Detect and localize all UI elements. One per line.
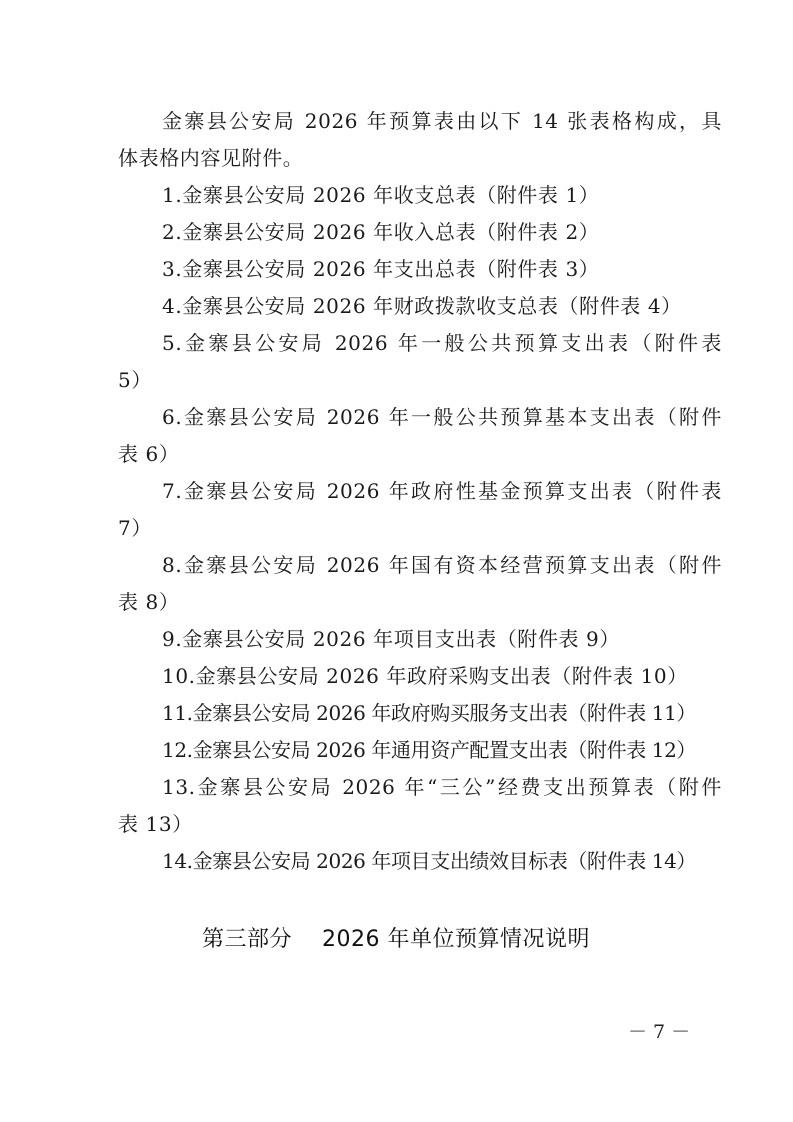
intro-line-1: 金寨县公安局 2026 年预算表由以下 14 张表格构成，具 — [118, 103, 722, 140]
document-page: 金寨县公安局 2026 年预算表由以下 14 张表格构成，具 体表格内容见附件。… — [0, 0, 793, 1122]
list-item-2: 2.金寨县公安局 2026 年收入总表（附件表 2） — [118, 214, 678, 251]
list-item-1: 1.金寨县公安局 2026 年收支总表（附件表 1） — [118, 177, 678, 214]
section-heading: 第三部分 2026 年单位预算情况说明 — [202, 922, 590, 953]
page-number: － 7 － — [628, 1017, 690, 1044]
list-item-8: 8.金寨县公安局 2026 年国有资本经营预算支出表（附件 — [118, 547, 722, 584]
list-item-12: 12.金寨县公安局 2026 年通用资产配置支出表（附件表 12） — [118, 732, 678, 769]
list-item-13: 13.金寨县公安局 2026 年“三公”经费支出预算表（附件 — [118, 769, 722, 806]
list-item-4: 4.金寨县公安局 2026 年财政拨款收支总表（附件表 4） — [118, 288, 678, 325]
body-text: 金寨县公安局 2026 年预算表由以下 14 张表格构成，具 体表格内容见附件。… — [118, 103, 678, 880]
list-item-7-continued: 7） — [118, 510, 678, 547]
list-item-5-continued: 5） — [118, 362, 678, 399]
list-item-11: 11.金寨县公安局 2026 年政府购买服务支出表（附件表 11） — [118, 695, 678, 732]
list-item-10: 10.金寨县公安局 2026 年政府采购支出表（附件表 10） — [118, 658, 678, 695]
list-item-7: 7.金寨县公安局 2026 年政府性基金预算支出表（附件表 — [118, 473, 722, 510]
intro-line-2: 体表格内容见附件。 — [118, 140, 678, 177]
list-item-6: 6.金寨县公安局 2026 年一般公共预算基本支出表（附件 — [118, 399, 722, 436]
list-item-8-continued: 表 8） — [118, 584, 678, 621]
list-item-3: 3.金寨县公安局 2026 年支出总表（附件表 3） — [118, 251, 678, 288]
list-item-14: 14.金寨县公安局 2026 年项目支出绩效目标表（附件表 14） — [118, 843, 678, 880]
list-item-13-continued: 表 13） — [118, 806, 678, 843]
list-item-9: 9.金寨县公安局 2026 年项目支出表（附件表 9） — [118, 621, 678, 658]
list-item-5: 5.金寨县公安局 2026 年一般公共预算支出表（附件表 — [118, 325, 722, 362]
list-item-6-continued: 表 6） — [118, 436, 678, 473]
